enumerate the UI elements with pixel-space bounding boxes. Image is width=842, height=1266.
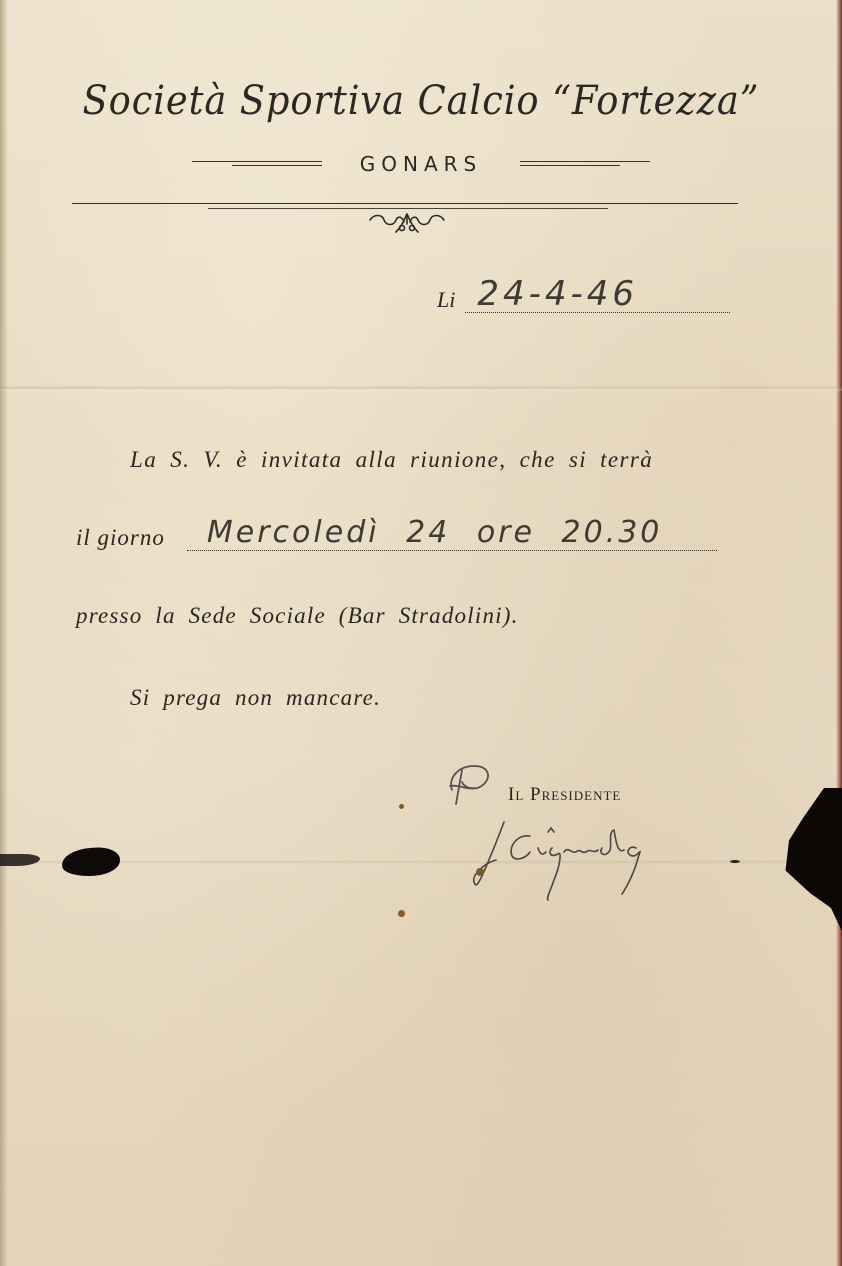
meeting-day-dotted-line: Mercoledì 24 ore 20.30 <box>187 512 717 551</box>
president-title: Il Presidente <box>508 784 621 806</box>
document-page: Società Sportiva Calcio “Fortezza” GONAR… <box>0 0 842 1266</box>
letterhead-divider-inner <box>208 208 608 209</box>
letterhead-title: Società Sportiva Calcio “Fortezza” <box>34 78 809 124</box>
date-label: Li <box>437 287 455 313</box>
meeting-location-text: presso la Sede Sociale (Bar Stradolini). <box>76 603 519 629</box>
paper-fold-upper <box>0 385 842 391</box>
ink-mark <box>730 860 740 863</box>
decorative-rule-right <box>520 161 650 167</box>
per-initial-mark-icon <box>444 760 496 808</box>
stain-spot <box>399 804 404 809</box>
paper-right-edge <box>836 0 842 1266</box>
date-dotted-line: 24-4-46 <box>465 282 730 313</box>
date-handwritten-value: 24-4-46 <box>477 274 638 314</box>
paper-fold-lower <box>0 860 842 865</box>
meeting-day-field: il giorno Mercoledì 24 ore 20.30 <box>76 512 717 551</box>
invitation-text: La S. V. è invitata alla riunione, che s… <box>130 447 653 473</box>
date-field: Li 24-4-46 <box>437 282 730 313</box>
paper-tear-right-edge <box>782 788 842 938</box>
letterhead-divider <box>72 203 738 204</box>
decorative-rule-left <box>192 161 322 167</box>
scroll-ornament-icon <box>366 210 448 238</box>
stain-spot <box>476 868 484 876</box>
stain-spot <box>398 910 405 917</box>
president-signature <box>468 818 668 908</box>
letterhead-city: GONARS <box>360 152 482 176</box>
paper-left-edge <box>0 0 8 1266</box>
meeting-day-label: il giorno <box>76 525 165 551</box>
paper-hole <box>61 846 121 878</box>
letterhead-city-row: GONARS <box>0 152 842 176</box>
meeting-day-handwritten-value: Mercoledì 24 ore 20.30 <box>207 515 663 550</box>
closing-text: Si prega non mancare. <box>130 685 381 711</box>
